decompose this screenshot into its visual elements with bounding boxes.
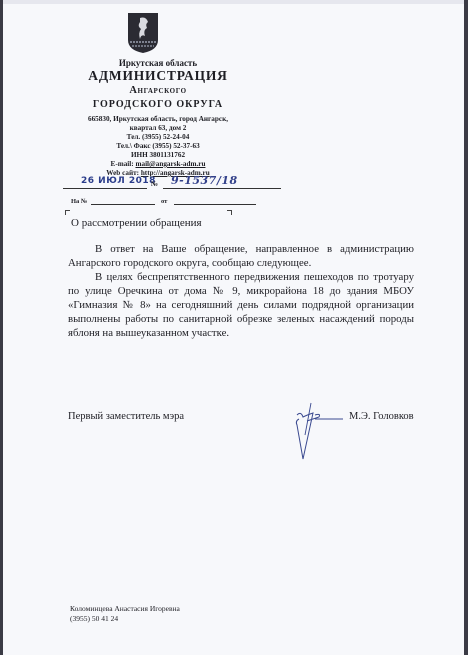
ref-number-line	[91, 204, 155, 205]
ref-from-label: от	[161, 198, 167, 205]
org-subtitle-1: Ангарского	[73, 85, 243, 96]
coat-of-arms-icon	[126, 12, 160, 54]
region-label: Иркутская область	[73, 58, 243, 68]
phone-fax: Тел.\ Факс (3955) 52-37-63	[73, 142, 243, 151]
executor-phone: (3955) 50 41 24	[70, 614, 180, 624]
corner-mark-left	[65, 210, 70, 215]
inn: ИНН 3801131762	[73, 151, 243, 160]
org-subtitle-2: ГОРОДСКОГО ОКРУГА	[73, 99, 243, 110]
email-line: E-mail: mail@angarsk-adm.ru	[73, 160, 243, 169]
registration-row: 26 ИЮЛ 2018 № 9-1537/18	[63, 176, 283, 190]
corner-mark-right	[227, 210, 232, 215]
number-label: №	[151, 180, 158, 188]
executor-name: Коломинцева Анастасия Игоревна	[70, 604, 180, 614]
email-label: E-mail:	[111, 160, 134, 168]
date-underline	[63, 188, 147, 189]
body-paragraph-2: В целях беспрепятственного передвижения …	[68, 270, 414, 340]
body-paragraph-1: В ответ на Ваше обращение, направленное …	[68, 242, 414, 270]
ref-date-line	[174, 204, 256, 205]
handwritten-signature	[287, 395, 347, 465]
executor-block: Коломинцева Анастасия Игоревна (3955) 50…	[70, 604, 180, 624]
reference-row: На № от	[71, 196, 291, 208]
letter-page: Иркутская область АДМИНИСТРАЦИЯ Ангарско…	[0, 0, 468, 655]
phone: Тел. (3955) 52-24-04	[73, 133, 243, 142]
date-stamp: 26 ИЮЛ 2018	[81, 176, 156, 186]
registration-number: 9-1537/18	[171, 174, 238, 187]
address-line-2: квартал 63, дом 2	[73, 124, 243, 133]
signer-position: Первый заместитель мэра	[68, 411, 184, 422]
signer-name: М.Э. Головков	[349, 411, 414, 422]
number-underline	[163, 188, 281, 189]
address-line-1: 665830, Иркутская область, город Ангарск…	[73, 115, 243, 124]
ref-number-label: На №	[71, 198, 87, 205]
email-link[interactable]: mail@angarsk-adm.ru	[135, 160, 205, 168]
letter-subject: О рассмотрении обращения	[71, 217, 202, 229]
org-title: АДМИНИСТРАЦИЯ	[73, 68, 243, 84]
